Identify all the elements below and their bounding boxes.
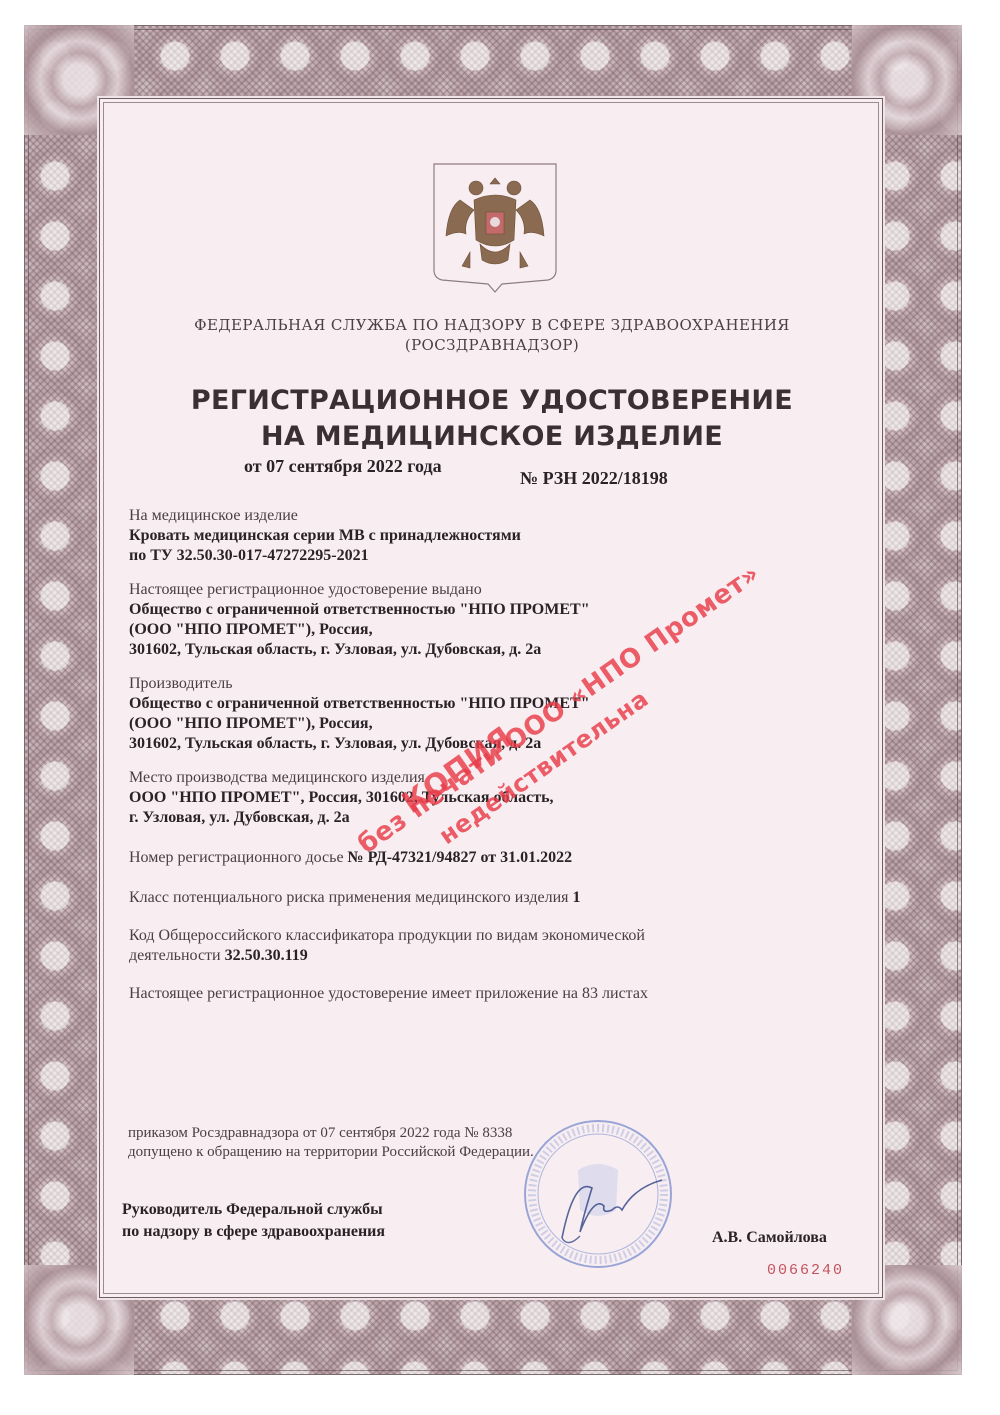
- manufacturer-address: 301602, Тульская область, г. Узловая, ул…: [129, 734, 829, 754]
- device-name: Кровать медицинская серии МВ с принадлеж…: [129, 526, 829, 546]
- agency-abbreviation: (РОСЗДРАВНАДЗОР): [100, 335, 884, 355]
- certificate-body: На медицинское изделие Кровать медицинск…: [129, 506, 829, 1018]
- order-line-2: допущено к обращению на территории Росси…: [128, 1143, 688, 1162]
- device-spec: по ТУ 32.50.30-017-47272295-2021: [129, 546, 829, 566]
- risk-class-section: Класс потенциального риска применения ме…: [129, 888, 829, 908]
- manufacturer-company: Общество с ограниченной ответственностью…: [129, 694, 829, 714]
- manufacturer-short: (ООО "НПО ПРОМЕТ"), Россия,: [129, 714, 829, 734]
- approval-order: приказом Росздравнадзора от 07 сентября …: [128, 1124, 688, 1162]
- manufacturer-section: Производитель Общество с ограниченной от…: [129, 674, 829, 754]
- issued-to-label: Настоящее регистрационное удостоверение …: [129, 580, 829, 600]
- dossier-section: Номер регистрационного досье № РД-47321/…: [129, 848, 829, 868]
- okpd-section: Код Общероссийского классификатора проду…: [129, 926, 829, 966]
- issuing-agency: ФЕДЕРАЛЬНАЯ СЛУЖБА ПО НАДЗОРУ В СФЕРЕ ЗД…: [100, 315, 884, 355]
- title-line-2: НА МЕДИЦИНСКОЕ ИЗДЕЛИЕ: [100, 419, 884, 455]
- document-title: РЕГИСТРАЦИОННОЕ УДОСТОВЕРЕНИЕ НА МЕДИЦИН…: [100, 383, 884, 455]
- risk-class-value: 1: [573, 889, 581, 906]
- production-site-line-2: г. Узловая, ул. Дубовская, д. 2а: [129, 808, 829, 828]
- dossier-label: Номер регистрационного досье: [129, 849, 348, 866]
- production-site-section: Место производства медицинского изделия …: [129, 768, 829, 828]
- registration-number: № РЗН 2022/18198: [520, 468, 668, 489]
- okpd-label-cont: деятельности: [129, 947, 225, 964]
- appendix-note: Настоящее регистрационное удостоверение …: [129, 984, 829, 1004]
- issued-to-address: 301602, Тульская область, г. Узловая, ул…: [129, 640, 829, 660]
- okpd-label: Код Общероссийского классификатора проду…: [129, 926, 829, 946]
- device-label: На медицинское изделие: [129, 506, 829, 526]
- appendix-section: Настоящее регистрационное удостоверение …: [129, 984, 829, 1004]
- russian-coat-of-arms-icon: [430, 160, 560, 295]
- issued-to-short: (ООО "НПО ПРОМЕТ"), Россия,: [129, 620, 829, 640]
- issue-date: от 07 сентября 2022 года: [244, 456, 442, 477]
- position-line-2: по надзору в сфере здравоохранения: [122, 1221, 385, 1243]
- position-line-1: Руководитель Федеральной службы: [122, 1199, 385, 1221]
- okpd-code: 32.50.30.119: [225, 947, 308, 964]
- issued-to-company: Общество с ограниченной ответственностью…: [129, 600, 829, 620]
- device-section: На медицинское изделие Кровать медицинск…: [129, 506, 829, 566]
- production-site-line-1: ООО "НПО ПРОМЕТ", Россия, 301602, Тульск…: [129, 788, 829, 808]
- form-serial-number: 0066240: [767, 1262, 844, 1279]
- order-line-1: приказом Росздравнадзора от 07 сентября …: [128, 1124, 688, 1143]
- production-site-label: Место производства медицинского изделия: [129, 768, 829, 788]
- agency-name: ФЕДЕРАЛЬНАЯ СЛУЖБА ПО НАДЗОРУ В СФЕРЕ ЗД…: [100, 315, 884, 335]
- signatory-position: Руководитель Федеральной службы по надзо…: [122, 1199, 385, 1243]
- signatory-name: А.В. Самойлова: [712, 1229, 827, 1247]
- risk-class-label: Класс потенциального риска применения ме…: [129, 889, 573, 906]
- dossier-number: № РД-47321/94827 от 31.01.2022: [348, 849, 573, 866]
- title-line-1: РЕГИСТРАЦИОННОЕ УДОСТОВЕРЕНИЕ: [100, 383, 884, 419]
- manufacturer-label: Производитель: [129, 674, 829, 694]
- issued-to-section: Настоящее регистрационное удостоверение …: [129, 580, 829, 660]
